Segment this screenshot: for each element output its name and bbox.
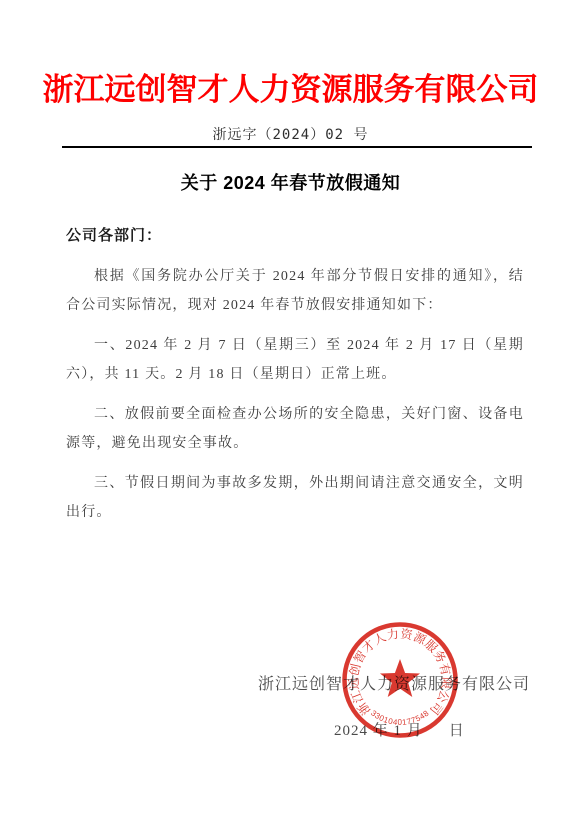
letterhead-company-title: 浙江远创智才人力资源服务有限公司 — [0, 64, 581, 109]
document-number: 浙远字（2024）02 号 — [0, 124, 581, 144]
paragraph-item-1: 一、2024 年 2 月 7 日（星期三）至 2024 年 2 月 17 日（星… — [66, 331, 524, 389]
paragraph-item-2: 二、放假前要全面检查办公场所的安全隐患，关好门窗、设备电源等，避免出现安全事故。 — [66, 400, 524, 458]
document-page: 浙江远创智才人力资源服务有限公司 浙远字（2024）02 号 关于 2024 年… — [0, 0, 581, 825]
notice-title: 关于 2024 年春节放假通知 — [0, 169, 581, 195]
company-seal-stamp: 浙江远创智才人力资源服务有限公司 3301040177548 — [336, 616, 464, 744]
salutation: 公司各部门： — [66, 222, 524, 251]
paragraph-intro: 根据《国务院办公厅关于 2024 年部分节假日安排的通知》，结合公司实际情况，现… — [66, 262, 524, 320]
paragraph-item-3: 三、节假日期间为事故多发期，外出期间请注意交通安全，文明出行。 — [66, 469, 524, 527]
letterhead-divider — [62, 146, 532, 148]
seal-serial-number: 3301040177548 — [369, 708, 431, 727]
seal-star-icon — [380, 659, 420, 697]
notice-body: 公司各部门： 根据《国务院办公厅关于 2024 年部分节假日安排的通知》，结合公… — [66, 222, 524, 527]
